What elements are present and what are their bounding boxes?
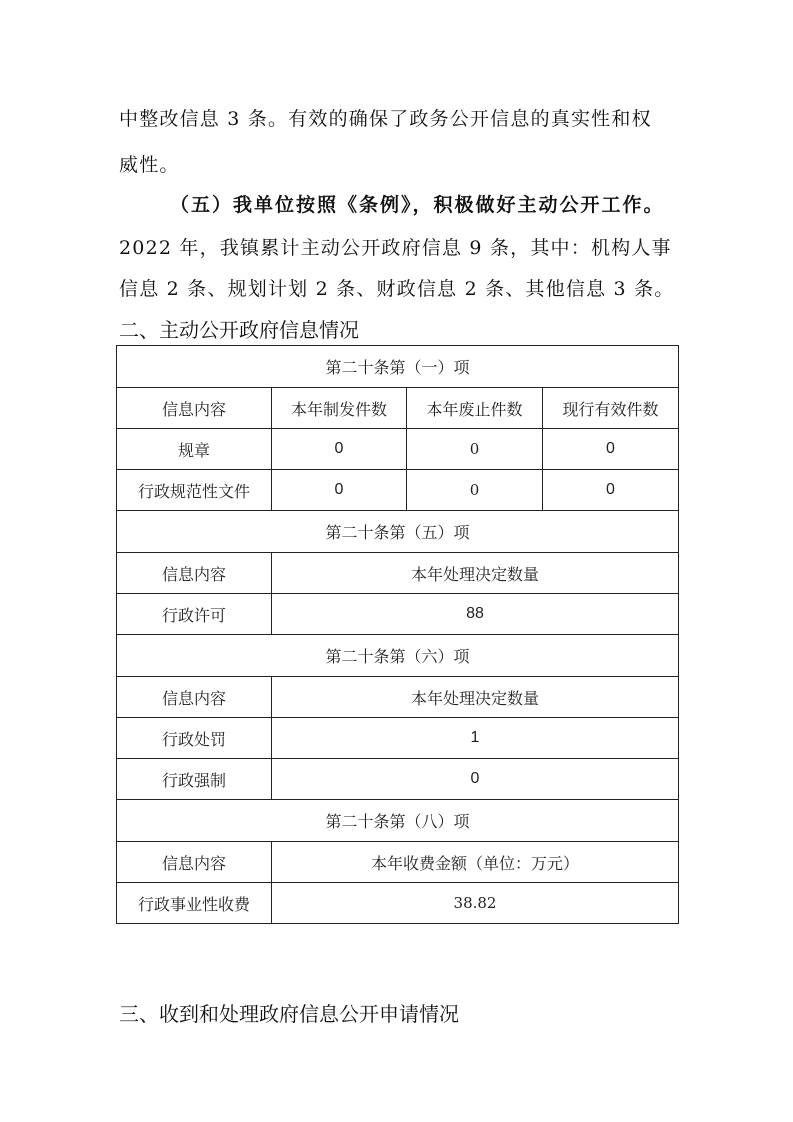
- body-paragraph-line: 2022 年，我镇累计主动公开政府信息 9 条，其中：机构人事: [119, 233, 679, 260]
- table-row: 行政处罚 1: [117, 718, 679, 759]
- column-header: 信息内容: [117, 677, 272, 718]
- column-header: 本年处理决定数量: [272, 677, 679, 718]
- section-2-title: 二、主动公开政府信息情况: [119, 314, 359, 343]
- section-title: 第二十条第（八）项: [117, 800, 679, 842]
- cell-value: 0: [407, 429, 543, 470]
- row-label: 行政处罚: [117, 718, 272, 759]
- cell-value: 0: [272, 470, 407, 511]
- column-header: 现行有效件数: [543, 388, 679, 429]
- table-header-row: 信息内容 本年处理决定数量: [117, 553, 679, 594]
- body-paragraph-line: 威性。: [119, 150, 679, 177]
- section-header-row: 第二十条第（八）项: [117, 800, 679, 842]
- cell-value: 0: [272, 759, 679, 800]
- table-header-row: 信息内容 本年收费金额（单位：万元）: [117, 842, 679, 883]
- section-title: 第二十条第（五）项: [117, 511, 679, 553]
- cell-value: 0: [543, 470, 679, 511]
- column-header: 信息内容: [117, 842, 272, 883]
- table-row: 行政许可 88: [117, 594, 679, 635]
- table-row: 规章 0 0 0: [117, 429, 679, 470]
- row-label: 行政规范性文件: [117, 470, 272, 511]
- section-title: 第二十条第（六）项: [117, 635, 679, 677]
- section-title: 第二十条第（一）项: [117, 346, 679, 388]
- section-header-row: 第二十条第（六）项: [117, 635, 679, 677]
- disclosure-table: 第二十条第（一）项 信息内容 本年制发件数 本年废止件数 现行有效件数 规章 0…: [116, 345, 679, 924]
- cell-value: 88: [272, 594, 679, 635]
- section-header-row: 第二十条第（一）项: [117, 346, 679, 388]
- cell-value: 1: [272, 718, 679, 759]
- column-header: 本年废止件数: [407, 388, 543, 429]
- cell-value: 38.82: [272, 883, 679, 924]
- table-header-row: 信息内容 本年制发件数 本年废止件数 现行有效件数: [117, 388, 679, 429]
- cell-value: 0: [543, 429, 679, 470]
- cell-value: 0: [272, 429, 407, 470]
- body-paragraph-line: 中整改信息 3 条。有效的确保了政务公开信息的真实性和权: [119, 104, 679, 131]
- row-label: 行政事业性收费: [117, 883, 272, 924]
- subsection-heading: （五）我单位按照《条例》，积极做好主动公开工作。: [170, 190, 730, 217]
- table-row: 行政规范性文件 0 0 0: [117, 470, 679, 511]
- table-header-row: 信息内容 本年处理决定数量: [117, 677, 679, 718]
- row-label: 行政强制: [117, 759, 272, 800]
- column-header: 本年收费金额（单位：万元）: [272, 842, 679, 883]
- row-label: 行政许可: [117, 594, 272, 635]
- table-row: 行政事业性收费 38.82: [117, 883, 679, 924]
- table-row: 行政强制 0: [117, 759, 679, 800]
- cell-value: 0: [407, 470, 543, 511]
- column-header: 本年处理决定数量: [272, 553, 679, 594]
- column-header: 信息内容: [117, 553, 272, 594]
- column-header: 本年制发件数: [272, 388, 407, 429]
- body-paragraph-line: 信息 2 条、规划计划 2 条、财政信息 2 条、其他信息 3 条。: [119, 274, 679, 301]
- row-label: 规章: [117, 429, 272, 470]
- section-3-title: 三、收到和处理政府信息公开申请情况: [119, 998, 459, 1027]
- column-header: 信息内容: [117, 388, 272, 429]
- section-header-row: 第二十条第（五）项: [117, 511, 679, 553]
